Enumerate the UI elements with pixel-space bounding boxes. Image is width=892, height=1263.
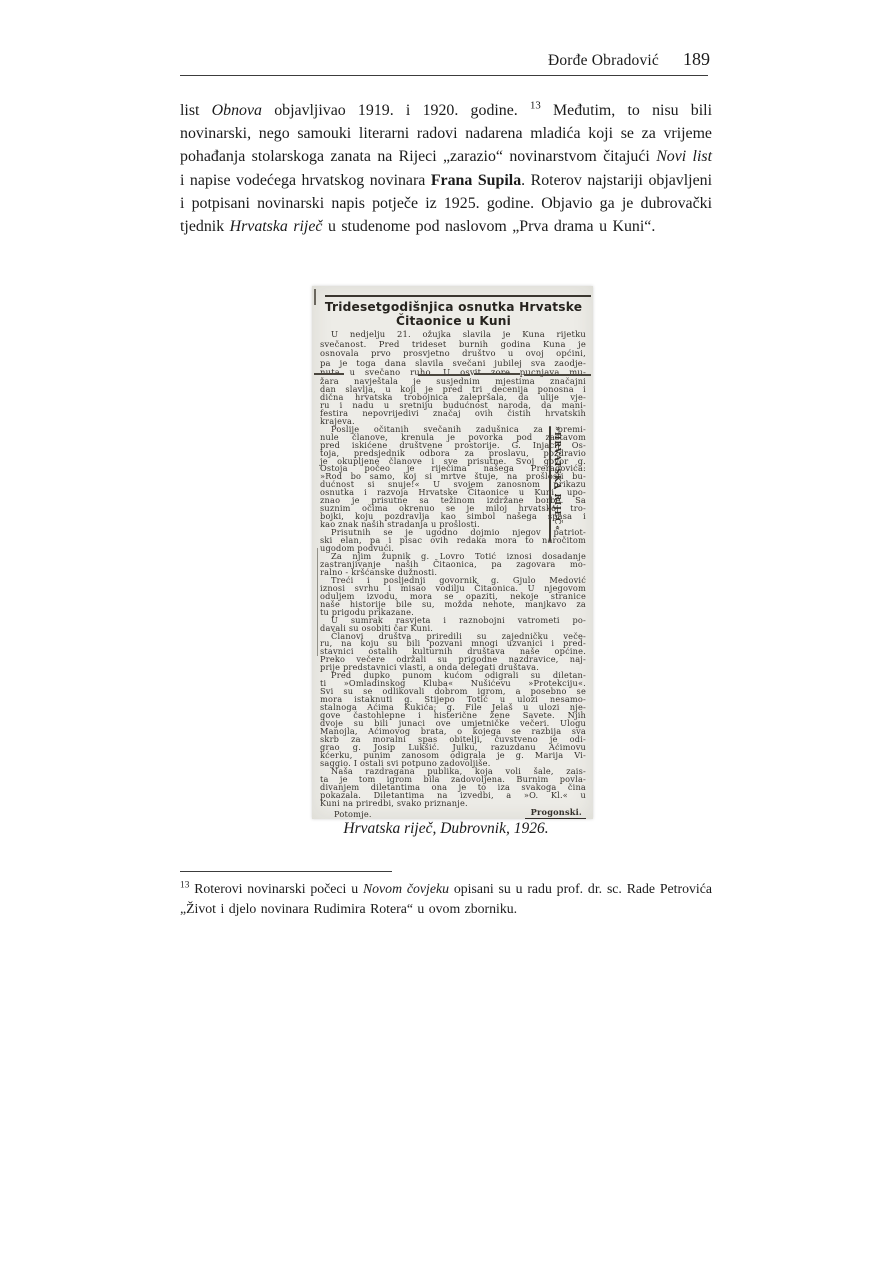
clipping-headline: Tridesetgodišnjica osnutka HrvatskeČitao… xyxy=(318,300,589,328)
side-banner: »HRVATSKA RIJEČ« xyxy=(549,426,563,542)
clipping-headline-line1: Tridesetgodišnjica osnutka Hrvatske xyxy=(325,300,582,314)
document-page: Đorđe Obradović 189 list Obnova objavlji… xyxy=(0,0,892,1263)
clipping-top-rule xyxy=(325,295,591,297)
newspaper-clipping: Tridesetgodišnjica osnutka HrvatskeČitao… xyxy=(312,286,593,819)
clipping-intro: U nedjelju 21. ožujka slavila je Kuna ri… xyxy=(320,330,586,378)
torn-edge-mark xyxy=(314,373,344,375)
page-number: 189 xyxy=(683,49,710,70)
author-name: Đorđe Obradović xyxy=(548,52,659,70)
signature-author: Progonski. xyxy=(525,809,586,819)
footnote: 13 Roterovi novinarski počeci u Novom čo… xyxy=(180,879,712,918)
newspaper-name-vertical: »HRVATSKA RIJEČ« xyxy=(553,426,563,542)
clipping-signature: Potomje. Progonski. xyxy=(320,809,586,819)
header-rule xyxy=(180,75,708,76)
clipping-text-line: Kuni na priredbi, svako priznanje. xyxy=(320,800,586,808)
signature-place: Potomje. xyxy=(334,811,372,819)
clipping-headline-line2: Čitaonice u Kuni xyxy=(396,314,511,328)
page-header: Đorđe Obradović 189 xyxy=(548,49,710,70)
torn-edge-mark xyxy=(474,373,520,375)
clipping-text-line: festira nepovrijedivi značaj ovih čistih… xyxy=(320,410,586,418)
clipping-edge-tick xyxy=(314,289,316,305)
clipping-body-lines: žara navještala je susjednim mjestima zn… xyxy=(320,378,586,807)
side-banner-rule xyxy=(549,426,551,542)
body-paragraph: list Obnova objavljivao 1919. i 1920. go… xyxy=(180,99,712,238)
clipping-caption: Hrvatska riječ, Dubrovnik, 1926. xyxy=(180,820,712,838)
footnote-separator xyxy=(180,871,392,872)
clipping-body: žara navještala je susjednim mjestima zn… xyxy=(320,378,586,819)
column-rule xyxy=(317,548,318,656)
